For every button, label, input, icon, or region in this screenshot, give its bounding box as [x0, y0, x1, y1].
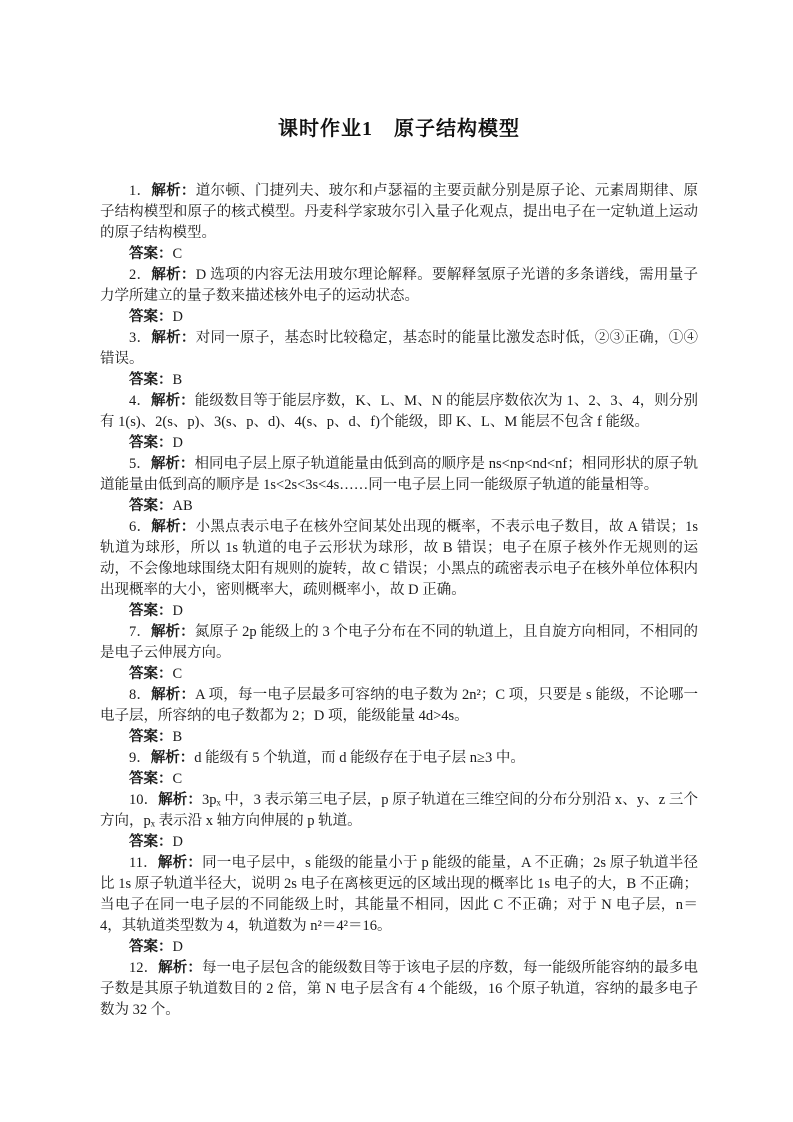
answer-label: 答案：	[129, 729, 173, 745]
analysis-label: 解析：	[151, 519, 195, 535]
item-number: 3．	[129, 330, 151, 346]
answer-text: D	[173, 309, 183, 325]
item-number: 6．	[129, 519, 151, 535]
answer-label: 答案：	[129, 834, 173, 850]
answer-label: 答案：	[129, 309, 173, 325]
item-12-analysis: 12．解析：每一电子层包含的能级数目等于该电子层的序数，每一能级所能容纳的最多电…	[100, 958, 698, 1021]
item-1-answer: 答案：C	[100, 244, 698, 265]
item-number: 8．	[129, 687, 151, 703]
item-9-answer: 答案：C	[100, 769, 698, 790]
item-7-analysis: 7．解析：氮原子 2p 能级上的 3 个电子分布在不同的轨道上，且自旋方向相同，…	[100, 622, 698, 664]
item-10-answer: 答案：D	[100, 832, 698, 853]
item-5-answer: 答案：AB	[100, 496, 698, 517]
analysis-label: 解析：	[151, 267, 195, 283]
analysis-label: 解析：	[158, 855, 202, 871]
item-7-answer: 答案：C	[100, 664, 698, 685]
item-2-answer: 答案：D	[100, 307, 698, 328]
item-number: 5．	[129, 456, 151, 472]
answer-label: 答案：	[129, 939, 173, 955]
item-8-answer: 答案：B	[100, 727, 698, 748]
document-content: 课时作业1 原子结构模型 1．解析：道尔顿、门捷列夫、玻尔和卢瑟福的主要贡献分别…	[100, 112, 698, 1021]
item-6-answer: 答案：D	[100, 601, 698, 622]
analysis-label: 解析：	[151, 393, 195, 409]
answer-text: C	[173, 771, 183, 787]
analysis-label: 解析：	[151, 750, 195, 766]
answer-label: 答案：	[129, 246, 173, 262]
document-page: 课时作业1 原子结构模型 1．解析：道尔顿、门捷列夫、玻尔和卢瑟福的主要贡献分别…	[0, 0, 793, 1122]
answer-label: 答案：	[129, 666, 173, 682]
answer-text: D	[173, 603, 183, 619]
item-number: 1．	[129, 183, 151, 199]
item-4-answer: 答案：D	[100, 433, 698, 454]
analysis-label: 解析：	[151, 624, 195, 640]
answer-text: AB	[173, 498, 193, 514]
answer-text: D	[173, 939, 183, 955]
answer-text: B	[173, 372, 183, 388]
item-number: 11．	[129, 855, 158, 871]
answer-label: 答案：	[129, 498, 173, 514]
analysis-text: d 能级有 5 个轨道，而 d 能级存在于电子层 n≥3 中。	[194, 750, 525, 766]
item-number: 2．	[129, 267, 151, 283]
analysis-label: 解析：	[151, 456, 195, 472]
answer-text: D	[173, 435, 183, 451]
answer-label: 答案：	[129, 372, 173, 388]
answer-text: D	[173, 834, 183, 850]
item-8-analysis: 8．解析：A 项，每一电子层最多可容纳的电子数为 2n²；C 项，只要是 s 能…	[100, 685, 698, 727]
answer-label: 答案：	[129, 435, 173, 451]
answer-text: C	[173, 666, 183, 682]
item-number: 12．	[129, 960, 158, 976]
item-5-analysis: 5．解析：相同电子层上原子轨道能量由低到高的顺序是 ns<np<nd<nf；相同…	[100, 454, 698, 496]
analysis-label: 解析：	[158, 792, 202, 808]
item-10-analysis: 10．解析：3pₓ 中，3 表示第三电子层，p 原子轨道在三维空间的分布分别沿 …	[100, 790, 698, 832]
item-6-analysis: 6．解析：小黑点表示电子在核外空间某处出现的概率，不表示电子数目，故 A 错误；…	[100, 517, 698, 601]
item-number: 10．	[129, 792, 158, 808]
item-11-answer: 答案：D	[100, 937, 698, 958]
item-3-analysis: 3．解析：对同一原子，基态时比较稳定，基态时的能量比激发态时低，②③正确，①④错…	[100, 328, 698, 370]
answer-label: 答案：	[129, 771, 173, 787]
analysis-label: 解析：	[158, 960, 202, 976]
item-3-answer: 答案：B	[100, 370, 698, 391]
item-number: 9．	[129, 750, 151, 766]
page-title: 课时作业1 原子结构模型	[100, 112, 698, 141]
analysis-label: 解析：	[151, 330, 195, 346]
analysis-label: 解析：	[151, 687, 195, 703]
item-number: 7．	[129, 624, 151, 640]
item-9-analysis: 9．解析：d 能级有 5 个轨道，而 d 能级存在于电子层 n≥3 中。	[100, 748, 698, 769]
answer-label: 答案：	[129, 603, 173, 619]
item-number: 4．	[129, 393, 151, 409]
item-4-analysis: 4．解析：能级数目等于能层序数，K、L、M、N 的能层序数依次为 1、2、3、4…	[100, 391, 698, 433]
answer-text: C	[173, 246, 183, 262]
item-1-analysis: 1．解析：道尔顿、门捷列夫、玻尔和卢瑟福的主要贡献分别是原子论、元素周期律、原子…	[100, 181, 698, 244]
answer-text: B	[173, 729, 183, 745]
item-11-analysis: 11．解析：同一电子层中，s 能级的能量小于 p 能级的能量，A 不正确；2s …	[100, 853, 698, 937]
analysis-label: 解析：	[151, 183, 195, 199]
item-2-analysis: 2．解析：D 选项的内容无法用玻尔理论解释。要解释氢原子光谱的多条谱线，需用量子…	[100, 265, 698, 307]
